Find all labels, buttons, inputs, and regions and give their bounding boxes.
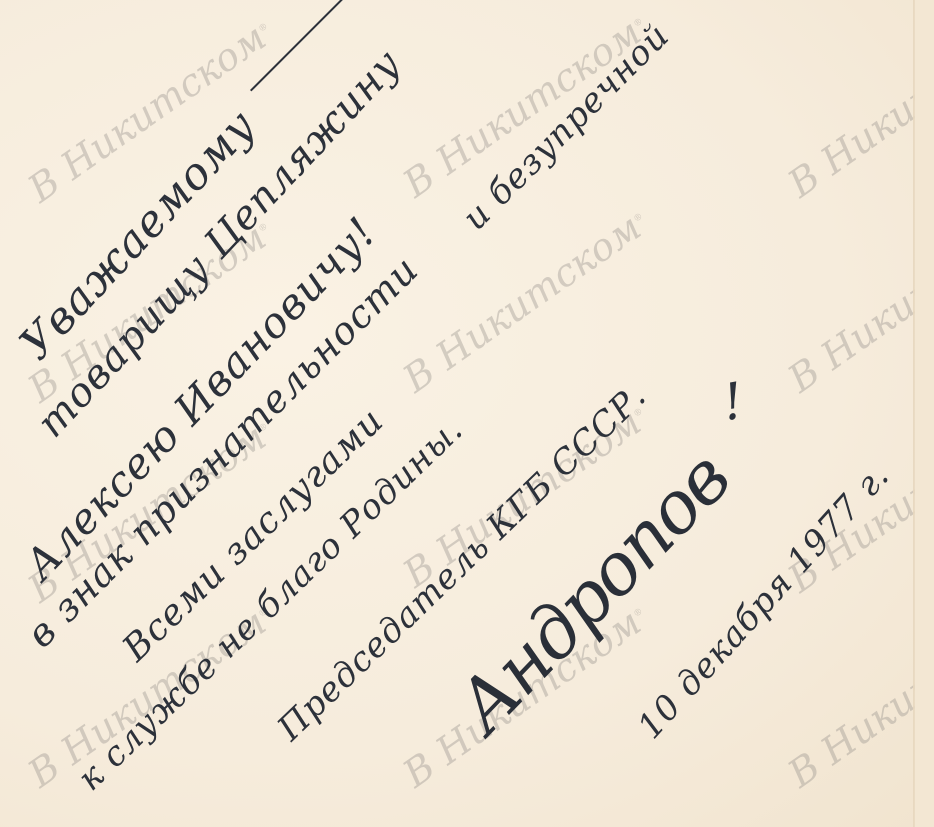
fold-line	[913, 0, 915, 827]
watermark: В Никитском®	[780, 595, 934, 796]
watermark: В Никитском®	[780, 200, 934, 401]
inscription-line-5: и безупречной	[455, 16, 677, 238]
watermark: В Никитском®	[20, 10, 281, 211]
watermark: В Никитском®	[780, 5, 934, 206]
page-edge	[915, 0, 934, 827]
scanned-page: В Никитском® В Никитском® В Никитском® В…	[0, 0, 934, 827]
signature-exclamation: !	[718, 371, 749, 432]
watermark: В Никитском®	[395, 200, 656, 401]
